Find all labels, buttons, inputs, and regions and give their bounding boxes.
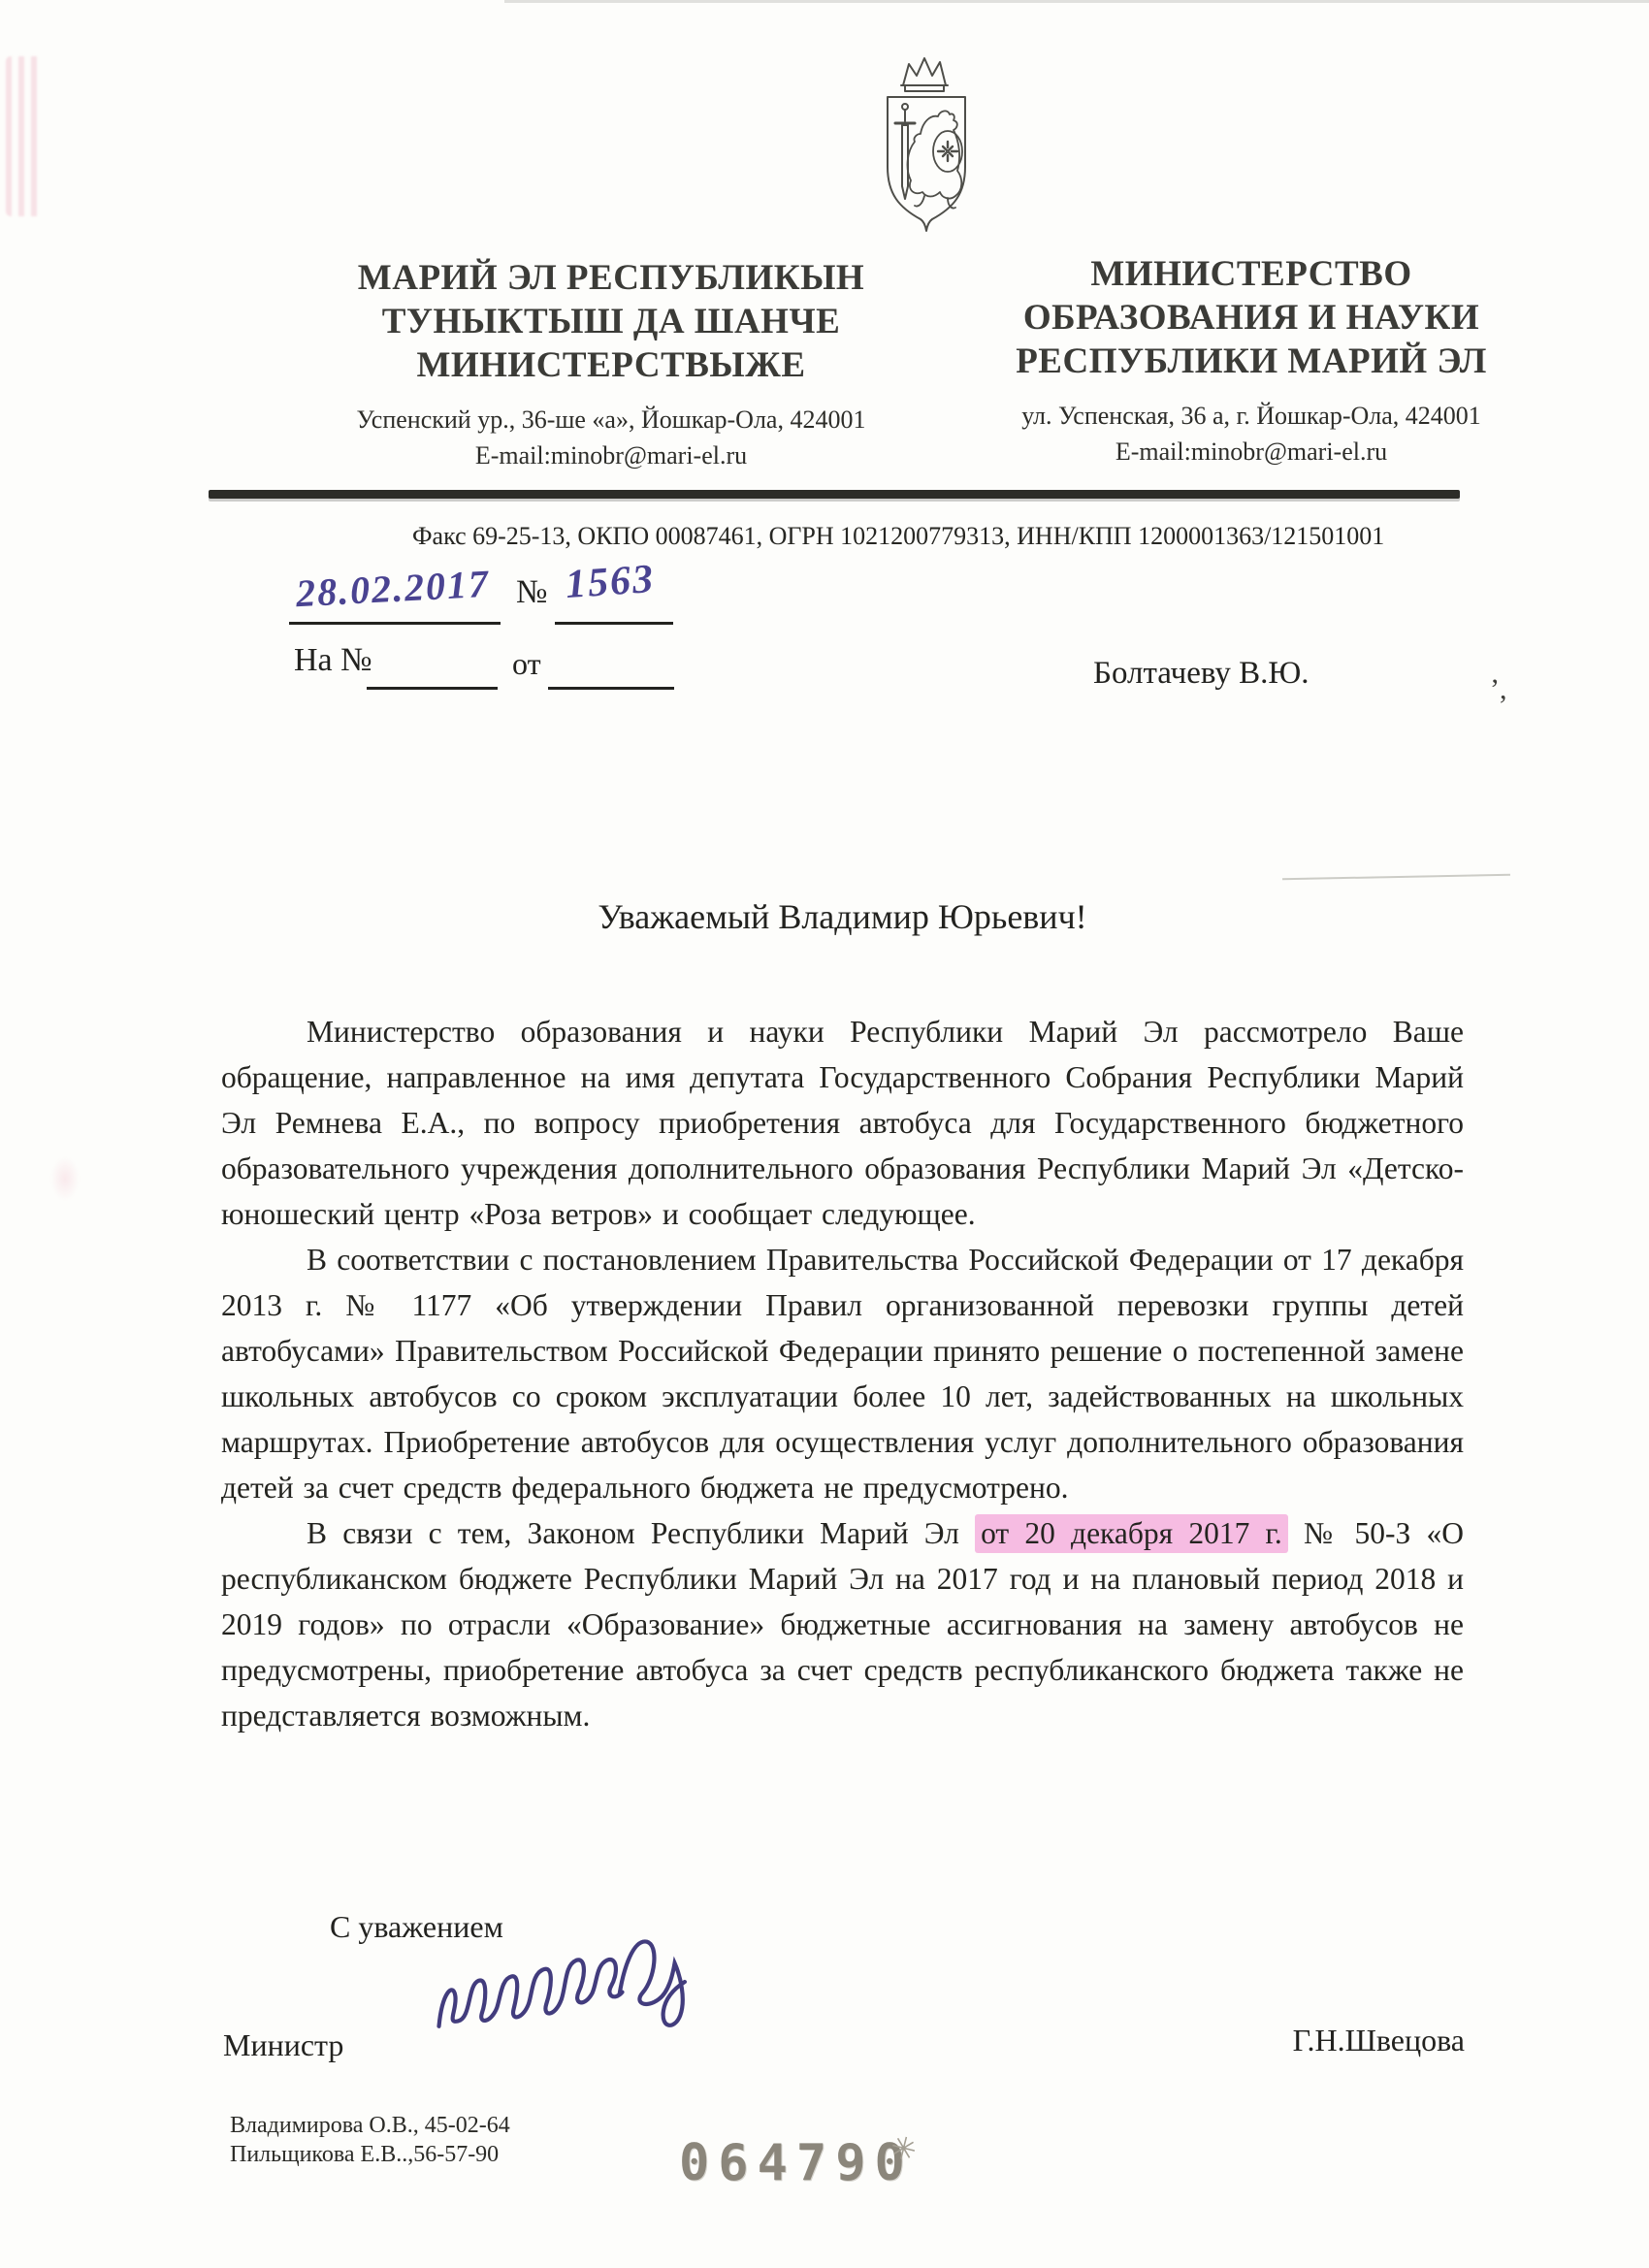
reply-date-underline (548, 687, 674, 690)
reply-to-number-label: На № (294, 642, 372, 679)
title-line: ОБРАЗОВАНИЯ И НАУКИ (970, 296, 1533, 340)
redaction-patch-edge (1282, 874, 1510, 881)
scan-pink-dot-artifact (50, 1156, 80, 1201)
number-sign-label: № (516, 574, 547, 611)
paragraph-2: В соответствии с постановлением Правител… (221, 1237, 1464, 1510)
signer-position: Министр (223, 2027, 343, 2063)
title-line: МИНИСТЕРСТВО (970, 252, 1533, 296)
mari-el-coat-of-arms-icon (866, 52, 986, 246)
scan-top-edge-artifact (504, 0, 1649, 3)
ministry-title-mari: МАРИЙ ЭЛ РЕСПУБЛИКЫН ТУНЫКТЫШ ДА ШАНЧЕ М… (320, 256, 902, 387)
requisites-line: Факс 69-25-13, ОКПО 00087461, ОГРН 10212… (412, 522, 1384, 551)
title-line: МАРИЙ ЭЛ РЕСПУБЛИКЫН (320, 256, 902, 300)
letter-body: Министерство образования и науки Республ… (221, 1009, 1464, 1738)
date-underline (289, 622, 501, 625)
executor-contacts: Владимирова О.В., 45-02-64 Пильщикова Е.… (230, 2111, 510, 2169)
addressee-name: Болтачеву В.Ю. (1093, 656, 1309, 692)
address-block-russian: ул. Успенская, 36 а, г. Йошкар-Ола, 4240… (970, 398, 1533, 470)
paragraph-1: Министерство образования и науки Республ… (221, 1009, 1464, 1237)
minister-signature-handwriting (429, 1924, 720, 2050)
reply-from-label: от (512, 646, 541, 682)
executor-contact-line: Владимирова О.В., 45-02-64 (230, 2111, 510, 2140)
title-line: РЕСПУБЛИКИ МАРИЙ ЭЛ (970, 340, 1533, 383)
redacted-address-residual-mark: ’, (1490, 673, 1507, 706)
ministry-title-russian: МИНИСТЕРСТВО ОБРАЗОВАНИЯ И НАУКИ РЕСПУБЛ… (970, 252, 1533, 383)
address-line: ул. Успенская, 36 а, г. Йошкар-Ола, 4240… (970, 398, 1533, 434)
paragraph-3-text: В связи с тем, Законом Республики Марий … (307, 1516, 975, 1550)
handwritten-outgoing-number: 1563 (564, 556, 656, 608)
number-underline (555, 622, 673, 625)
email-line: E-mail:minobr@mari-el.ru (281, 437, 941, 473)
salutation: Уважаемый Владимир Юрьевич! (221, 896, 1464, 937)
title-line: ТУНЫКТЫШ ДА ШАНЧЕ (320, 300, 902, 343)
email-line: E-mail:minobr@mari-el.ru (970, 434, 1533, 470)
address-line: Успенский ур., 36-ше «а», Йошкар-Ола, 42… (281, 402, 941, 437)
handwritten-date: 28.02.2017 (295, 561, 491, 616)
address-block-mari: Успенский ур., 36-ше «а», Йошкар-Ола, 42… (281, 402, 941, 473)
scan-pink-smudge-artifact (6, 56, 41, 216)
registration-stamp-number: 064790 (679, 2134, 914, 2192)
executor-contact-line: Пильщикова Е.В..,56-57-90 (230, 2140, 510, 2169)
paragraph-3: В связи с тем, Законом Республики Марий … (221, 1510, 1464, 1738)
letterhead-divider-rule (209, 490, 1460, 499)
reply-number-underline (367, 687, 498, 690)
scanned-letter-page: МАРИЙ ЭЛ РЕСПУБЛИКЫН ТУНЫКТЫШ ДА ШАНЧЕ М… (0, 0, 1649, 2268)
title-line: МИНИСТЕРСТВЫЖЕ (320, 343, 902, 387)
highlight: от 20 декабря 2017 г. (975, 1514, 1288, 1553)
signer-name: Г.Н.Швецова (1086, 2023, 1465, 2058)
